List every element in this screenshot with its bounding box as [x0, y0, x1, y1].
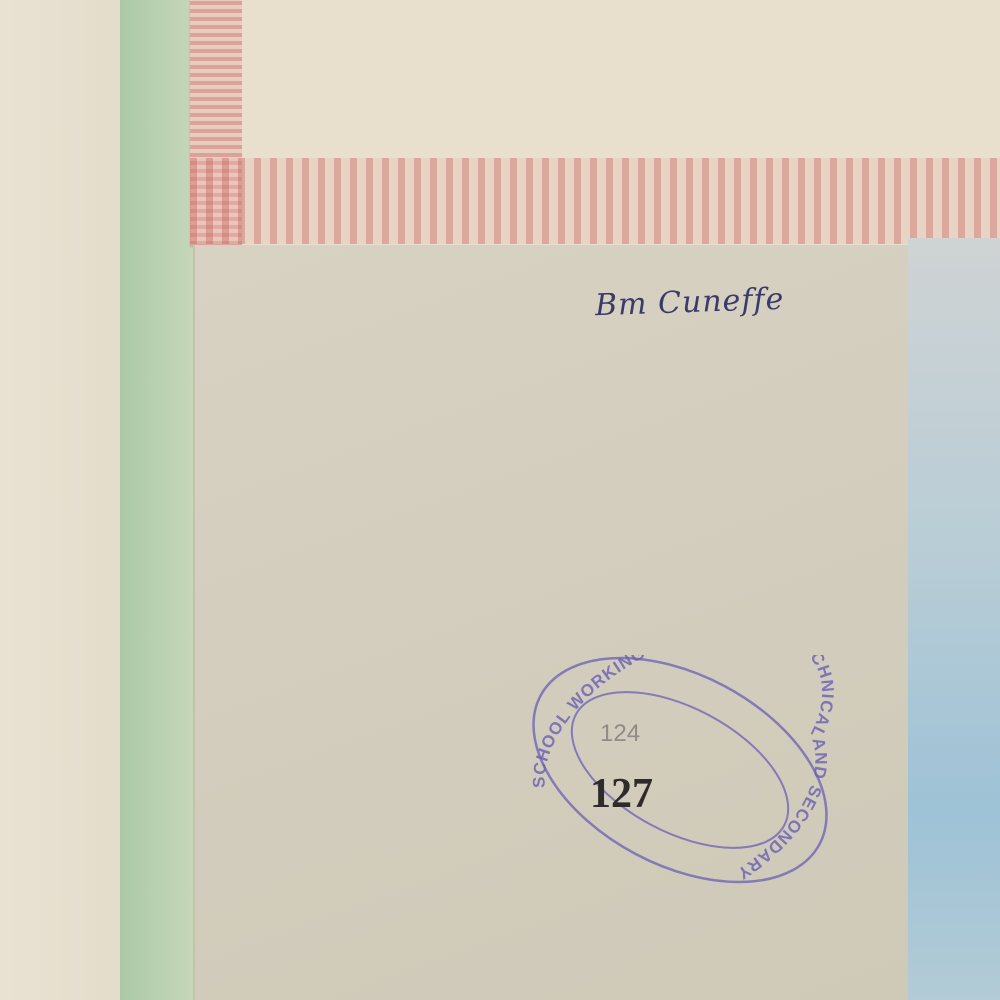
svg-text:SCHOOL WORKINGTON ★ COUNTY T: SCHOOL WORKINGTON ★ COUNTY TECHNICAL AND… [530, 655, 838, 883]
handwritten-signature: Bm Cuneffe [594, 282, 784, 324]
grey-card [193, 245, 910, 1000]
stamped-number: 127 [590, 770, 653, 818]
blue-paper-strip [908, 238, 1000, 1000]
green-paper-strip [120, 0, 195, 1000]
pencil-number: 124 [600, 720, 640, 748]
school-oval-stamp: SCHOOL WORKINGTON ★ COUNTY TECHNICAL AND… [520, 655, 840, 885]
red-printed-border-bottom [190, 158, 1000, 244]
background-paper-left [0, 0, 125, 1000]
